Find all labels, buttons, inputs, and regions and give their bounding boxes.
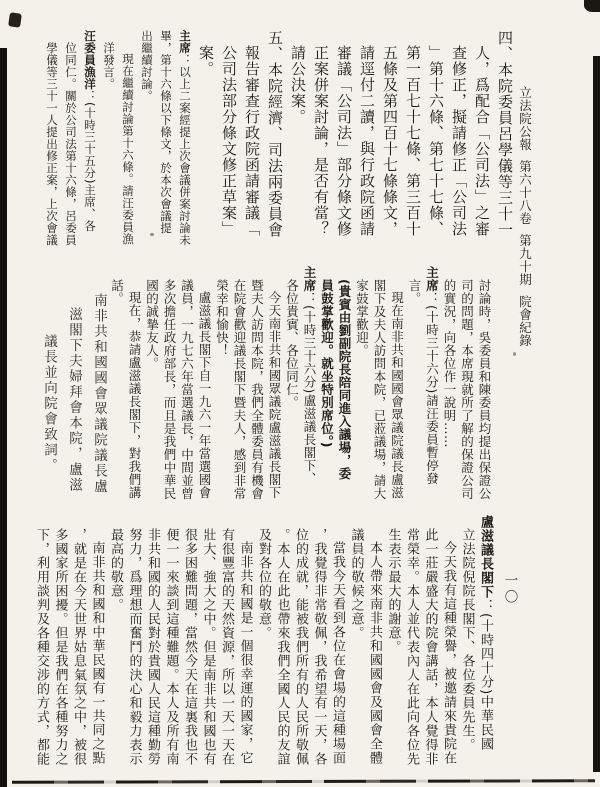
text-column: 請公決案。	[288, 30, 305, 254]
text-column: 在院會歡迎議長閣下暨夫人，感到非常	[232, 266, 245, 504]
text-column: 請逕付二讀，與行政院函請	[357, 30, 374, 254]
scan-edge-left	[0, 48, 7, 787]
text-column: 」第十六條、第七十七條、	[426, 30, 443, 254]
text-column: 畢，第十六條以下條文，於本次會議提	[158, 30, 171, 254]
text-column: 正案併案討論，是否有當？	[311, 30, 328, 254]
text-column: 今天我有這種榮譽，被邀請來貴院在	[442, 515, 456, 767]
text-column: 當我今天看到各位在會場的這種場面	[331, 515, 345, 767]
text-column: 人，爲配合「公司法」之審	[472, 30, 489, 254]
text-column: 生表示最大的謝意。	[386, 515, 400, 767]
text-column: 報告審查行政院函請審議「	[242, 30, 259, 254]
text-column: 現在繼續討論第十六條。請汪委員漁	[120, 30, 133, 254]
text-column: 主席：(十時三十六分)請汪委員暫停發	[425, 266, 438, 504]
text-column: 壯大、強大之中。但是南非共和國也有	[201, 515, 215, 767]
text-column: 努力，爲理想而奮鬥的決心和毅力表示	[127, 515, 141, 767]
text-column: 非共和國的人民對於貴國人民這種勤勞	[146, 515, 160, 767]
scan-speck	[513, 352, 516, 356]
text-column: 現在，恭請盧滋議長閣下，對我們講	[127, 266, 140, 504]
text-column: 五條及第四百十七條條文，	[380, 30, 397, 254]
gazette-section: 院會紀錄	[518, 295, 533, 347]
text-column: 汪委員漁洋：(十時三十五分)主席、各	[82, 30, 95, 254]
gazette-volume: 第六十八卷	[518, 160, 533, 225]
text-column: 討論時，吳委員和陳委員均提出保證公	[477, 266, 490, 504]
text-column: 滋閣下夫婦拜會本院，盧滋	[65, 266, 80, 504]
band-loots-speech: 盧滋議長閣下：(十時四十分)中華民國立法院倪院長閣下、各位委員先生。今天我有這種…	[26, 515, 492, 767]
text-column: 閣下及夫人訪問本院，已蒞議場，請大	[372, 266, 385, 504]
running-head: 立法院公報第六十八卷第九十期院會紀錄	[518, 86, 531, 358]
page-number: 一〇	[502, 573, 516, 606]
text-column: 南非共和國是一個很幸運的國家，它	[238, 515, 252, 767]
text-column: 的實況，向各位作一說明……	[442, 266, 455, 504]
text-column: 今天南非共和國眾議院盧滋議長閣下	[267, 266, 280, 504]
band-agenda-items: 四、本院委員呂學儀等三十一人，爲配合「公司法」之審查修正，擬請修正「公司法」第十…	[30, 30, 512, 254]
text-column: 位的成就，能被我們所有的人民所敬佩	[294, 515, 308, 767]
text-column: 多國家所困擾。但是我們在各種努力之	[53, 515, 67, 767]
text-column: 司的問題，本席現就所了解的保證公司	[460, 266, 473, 504]
text-column: 家鼓掌歡迎。	[355, 266, 368, 504]
text-column: 議員，一九七六年當選議長，中間並曾	[180, 266, 193, 504]
text-column: 盧滋議長閣下：(十時四十分)中華民國	[479, 515, 493, 767]
text-column: 審議「公司法」部分條文修	[334, 30, 351, 254]
text-column: 主席：以上二案經提上次會議併案討論未	[177, 30, 190, 254]
text-column: 下，利用談判及各種交涉的方式，都能	[35, 515, 49, 767]
text-column: 四、本院委員呂學儀等三十一	[495, 30, 512, 254]
text-column: ，就是在今天世界姑息氣氛之中，被很	[72, 515, 86, 767]
text-column: 查修正，擬請修正「公司法	[449, 30, 466, 254]
text-column: 案。	[196, 30, 213, 254]
gazette-title: 立法院公報	[518, 86, 533, 151]
text-column: 議長並向院會致詞。	[40, 266, 55, 504]
band-visit-announcement: 討論時，吳委員和陳委員均提出保證公司的問題，本席現就所了解的保證公司的實況，向各…	[28, 266, 490, 504]
text-column: 常榮幸。本人並代表內人在此向各位先	[405, 515, 419, 767]
text-column: 有很豐富的天然資源，所以一天一天在	[220, 515, 234, 767]
text-column: 立法院倪院長閣下、各位委員先生。	[460, 515, 474, 767]
scan-corner-top-right	[584, 0, 600, 12]
text-column: 位同仁。關於公司法第十六條，呂委員	[63, 30, 76, 254]
scan-fold-line	[12, 779, 595, 784]
text-column: 此一莊嚴盛大的院會講話，本人覺得非	[423, 515, 437, 767]
text-column: 出繼續討論。	[139, 30, 152, 254]
text-column: 學儀等三十一人提出修正案，上次會議	[44, 30, 57, 254]
text-column: 主席：(十時三十六分)盧滋議長閣下、	[302, 266, 315, 504]
text-column: 話。	[110, 266, 123, 504]
text-column: 本人帶來南非共和國國會及國會全體	[368, 515, 382, 767]
gazette-issue: 第九十期	[518, 234, 533, 286]
text-column: 榮幸和愉快！	[215, 266, 228, 504]
scan-mark-top-left	[8, 12, 22, 28]
text-column: 言。	[407, 266, 420, 504]
text-column: 南非共和國和中華民國有一共同之點	[90, 515, 104, 767]
text-column: ，我覺得非常敬佩，我希望有一天，各	[312, 515, 326, 767]
text-column: 第一百七十七條、第三百十	[403, 30, 420, 254]
text-column: 多次擔任政府部長，而且是我們中華民	[162, 266, 175, 504]
text-column: 公司法部分條文修正草案」	[219, 30, 236, 254]
text-column: 及對各位的敬意。	[257, 515, 271, 767]
text-column: 現在南非共和國國會眾議院議長盧滋	[390, 266, 403, 504]
text-column: 很多困難問題，當然今天在這裏我也不	[183, 515, 197, 767]
text-column: 南非共和國國會眾議院議長盧	[90, 266, 105, 504]
text-column: 暨夫人訪問本院，我們全體委員有機會	[250, 266, 263, 504]
text-column: 洋發言。	[101, 30, 114, 254]
text-column: 盧滋議長閣下自一九六一年當選國會	[197, 266, 210, 504]
scan-edge-right	[593, 56, 600, 772]
text-column: 各位貴賓、各位同仁。	[285, 266, 298, 504]
text-column: 五、本院經濟、司法兩委員會	[265, 30, 282, 254]
gazette-scan-page: 立法院公報第六十八卷第九十期院會紀錄 一〇 四、本院委員呂學儀等三十一人，爲配合…	[0, 0, 600, 787]
text-column: 員鼓掌歡迎。就坐特別席位。)	[320, 266, 333, 504]
text-column: 。本人在此也帶來我們全國人民的友誼	[275, 515, 289, 767]
text-column: 國的誠摯友人。	[145, 266, 158, 504]
text-column: 便一一來談到這種難題。本人及所有南	[164, 515, 178, 767]
text-column: 議員的敬候之意。	[349, 515, 363, 767]
text-column: (貴賓由劉副院長陪同進入議場，委	[337, 266, 350, 504]
text-column: 最高的敬意。	[109, 515, 123, 767]
scan-speck	[150, 233, 154, 236]
